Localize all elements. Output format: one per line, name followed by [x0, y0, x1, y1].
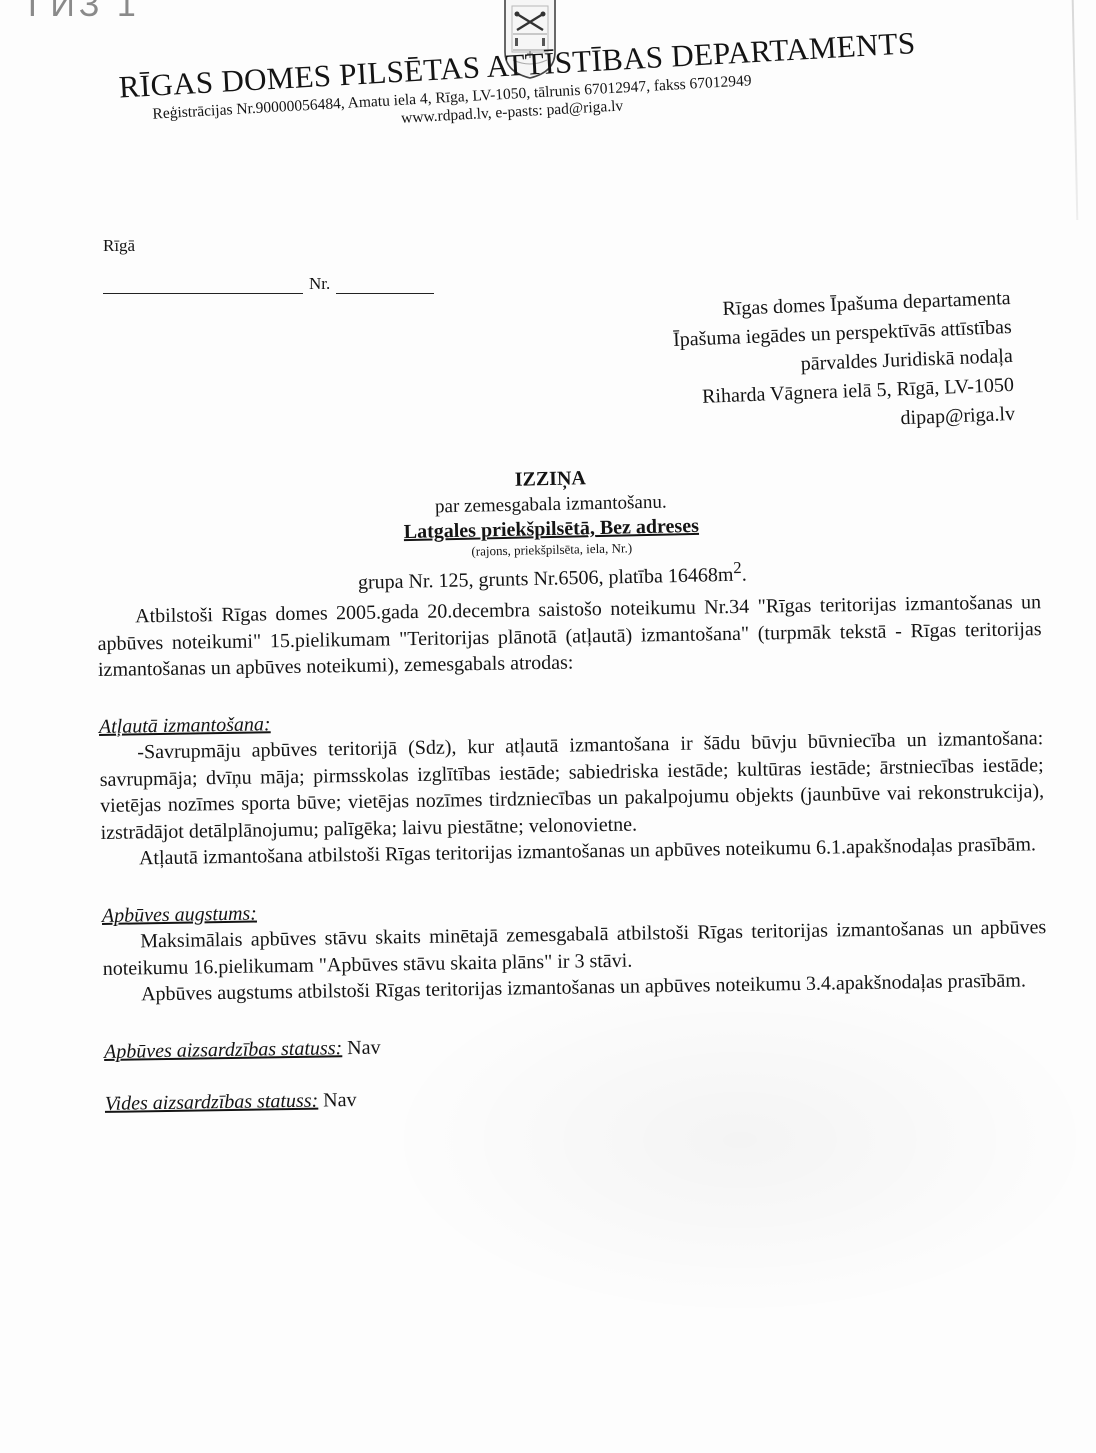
date-blank: [103, 292, 303, 294]
corner-mark: ГИЗ 1: [28, 0, 140, 25]
plot-info-end: .: [742, 564, 747, 586]
permitted-use-paragraph: -Savrupmāju apbūves teritorijā (Sdz), ku…: [99, 725, 1045, 846]
status-value: Nav: [318, 1089, 357, 1112]
number-blank: [336, 292, 434, 294]
place-of-issue: Rīgā: [103, 236, 135, 256]
date-number-line: Nr.: [103, 274, 434, 294]
scan-page-edge: [1072, 0, 1079, 220]
document-title-block: IZZIŅA par zemesgabala izmantošanu. Latg…: [280, 460, 823, 597]
status-label: Apbūves aizsardzības statuss:: [104, 1037, 342, 1063]
plot-info-text: grupa Nr. 125, grunts Nr.6506, platība 1…: [358, 564, 734, 594]
intro-paragraph: Atbilstoši Rīgas domes 2005.gada 20.dece…: [97, 589, 1042, 683]
recipient-address: Rīgas domes Īpašuma departamenta Īpašuma…: [560, 284, 1015, 446]
status-label: Vides aizsardzības statuss:: [105, 1090, 319, 1115]
document-body: Atbilstoši Rīgas domes 2005.gada 20.dece…: [97, 589, 1049, 1117]
letterhead: RĪGAS DOMES PILSĒTAS ATTĪSTĪBAS DEPARTAM…: [110, 20, 1013, 144]
status-value: Nav: [342, 1036, 381, 1059]
nr-label: Nr.: [309, 274, 330, 293]
